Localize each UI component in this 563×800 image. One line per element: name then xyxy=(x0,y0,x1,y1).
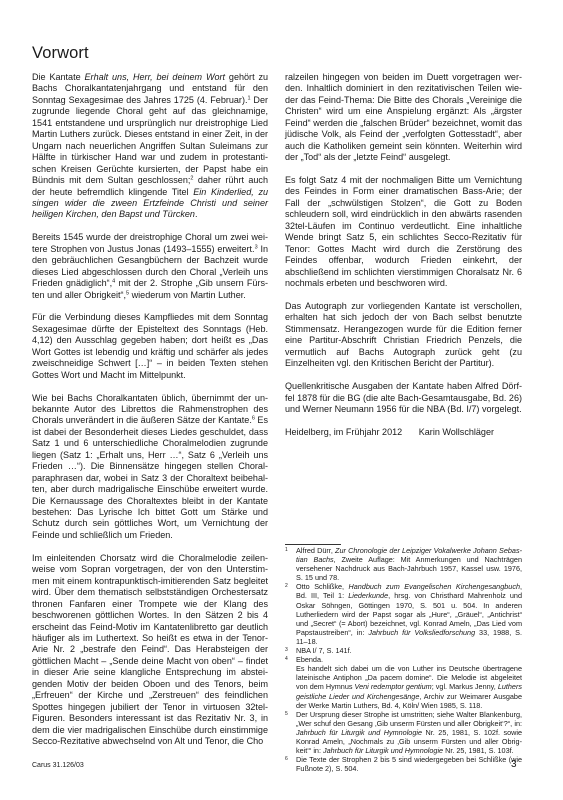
footnote-divider xyxy=(285,544,341,545)
text: Die Texte der Strophen 2 bis 5 sind wied… xyxy=(296,755,522,773)
hymn-title: Veni redemptor gentium xyxy=(355,682,432,691)
paragraph-editions: Quellenkritische Ausgaben der Kantate ha… xyxy=(285,381,522,415)
paragraph-recitative: ralzeilen hingegen von beiden im Duett v… xyxy=(285,72,522,164)
document-page: Vorwort Die Kantate Erhalt uns, Herr, be… xyxy=(0,0,563,800)
paragraph-intro: Die Kantate Erhalt uns, Herr, bei deinem… xyxy=(32,72,268,221)
author-name: Karin Wollschläger xyxy=(419,427,494,438)
text: Nr. 25, 1981, S. 103f. xyxy=(443,746,514,755)
catalog-number: Carus 31.126/03 xyxy=(32,762,84,769)
text: Ebenda. xyxy=(296,655,323,664)
text: Der zugrunde liegende Choral geht auf da… xyxy=(32,95,268,185)
footnote-number: 2 xyxy=(285,582,288,590)
footnote-number: 6 xyxy=(285,755,288,763)
text: wiederum von Martin Luther. xyxy=(129,290,246,300)
page-title: Vorwort xyxy=(32,44,89,63)
text: Wie bei Bachs Choralkantaten üblich, übe… xyxy=(32,393,268,426)
footnote-6: 6Die Texte der Strophen 2 bis 5 sind wie… xyxy=(285,755,522,773)
place-date: Heidelberg, im Frühjahr 2012 xyxy=(285,427,402,438)
footnote-number: 1 xyxy=(285,546,288,554)
text: Alfred Dürr, xyxy=(296,546,335,555)
text: Die Kantate xyxy=(32,72,85,82)
footnote-5: 5Der Ursprung dieser Strophe ist umstrit… xyxy=(285,710,522,755)
journal-title: Jahrbuch für Liturgik und Hymnologie xyxy=(323,746,443,755)
right-column: ralzeilen hingegen von beiden im Duett v… xyxy=(285,72,522,438)
cantata-title: Erhalt uns, Herr, bei deinem Wort xyxy=(85,72,226,82)
paragraph-libretto: Wie bei Bachs Choralkantaten üblich, übe… xyxy=(32,393,268,542)
text: ; vgl. Markus Jenny, xyxy=(432,682,498,691)
footnote-4: 4Ebenda. xyxy=(285,655,522,664)
text: Bereits 1545 wurde der dreistrophige Cho… xyxy=(32,232,268,253)
footnote-number: 5 xyxy=(285,710,288,718)
text: Es ist dabei der Besonderheit dieses Lie… xyxy=(32,415,268,540)
book-title: Handbuch zum Evangelischen Kirchengesang… xyxy=(349,582,520,591)
footnote-2: 2Otto Schlißke, Handbuch zum Evangelisch… xyxy=(285,582,522,646)
book-title: Liederkunde xyxy=(348,591,388,600)
signature: Heidelberg, im Frühjahr 2012 Karin Wolls… xyxy=(285,427,522,438)
left-column: Die Kantate Erhalt uns, Herr, bei deinem… xyxy=(32,72,268,759)
footnote-4-continuation: Es handelt sich dabei um die von Luther … xyxy=(285,664,522,709)
text: Otto Schlißke, xyxy=(296,582,349,591)
journal-title: Jahrbuch für Volksliedforschung xyxy=(368,628,475,637)
footnote-number: 4 xyxy=(285,655,288,663)
paragraph-bass-aria: Es folgt Satz 4 mit der nochmaligen Bitt… xyxy=(285,175,522,290)
paragraph-sexagesimae: Für die Verbindung dieses Kampfliedes mi… xyxy=(32,312,268,381)
paragraph-history: Bereits 1545 wurde der dreistrophige Cho… xyxy=(32,232,268,301)
footnote-number: 3 xyxy=(285,646,288,654)
footnote-1: 1Alfred Dürr, Zur Chronologie der Leipzi… xyxy=(285,546,522,582)
paragraph-movements: Im einleitenden Chorsatz wird die Choral… xyxy=(32,553,268,748)
text: Der Ursprung dieser Strophe ist umstritt… xyxy=(296,710,522,728)
text: NBA I/ 7, S. 141f. xyxy=(296,646,352,655)
footnotes: 1Alfred Dürr, Zur Chronologie der Leipzi… xyxy=(285,546,522,773)
page-number: 3 xyxy=(511,759,517,770)
journal-title: Jahrbuch für Liturgik und Hymnologie xyxy=(296,728,422,737)
footnote-3: 3NBA I/ 7, S. 141f. xyxy=(285,646,522,655)
paragraph-autograph: Das Autograph zur vorliegenden Kantate i… xyxy=(285,301,522,370)
text: . xyxy=(195,209,198,219)
